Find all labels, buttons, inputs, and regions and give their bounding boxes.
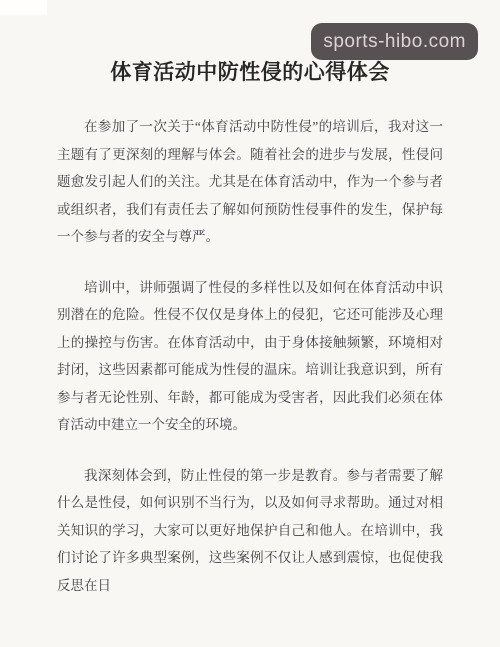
watermark-badge: sports-hibo.com	[311, 23, 478, 60]
watermark-text: sports-hibo.com	[323, 31, 466, 52]
document-body: 在参加了一次关于“体育活动中防性侵”的培训后，我对这一主题有了更深刻的理解与体会…	[57, 113, 443, 599]
corner-highlight	[0, 0, 47, 15]
paragraph-1: 在参加了一次关于“体育活动中防性侵”的培训后，我对这一主题有了更深刻的理解与体会…	[57, 113, 443, 251]
document-page: sports-hibo.com 体育活动中防性侵的心得体会 在参加了一次关于“体…	[0, 0, 500, 647]
paragraph-3: 我深刻体会到，防止性侵的第一步是教育。参与者需要了解什么是性侵，如何识别不当行为…	[57, 462, 443, 600]
paragraph-2: 培训中，讲师强调了性侵的多样性以及如何在体育活动中识别潜在的危险。性侵不仅仅是身…	[57, 274, 443, 439]
